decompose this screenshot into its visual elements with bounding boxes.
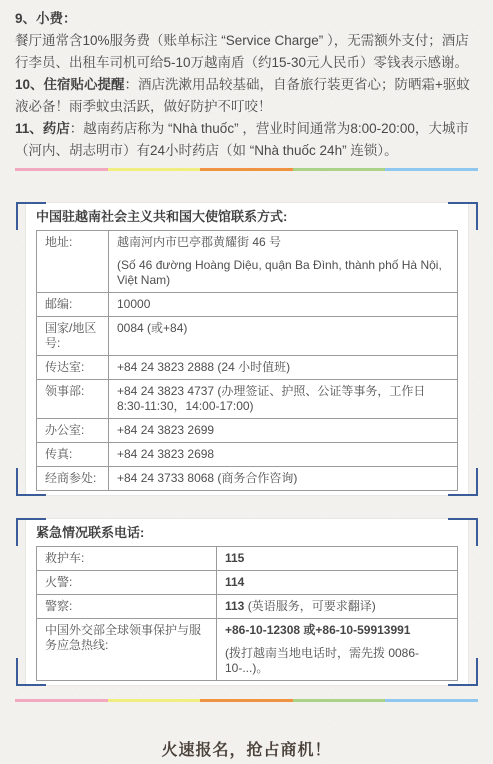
cell-value: 113 (英语服务，可要求翻译) xyxy=(217,595,458,619)
cell-label: 传达室: xyxy=(37,356,109,380)
divider-segment-yellow xyxy=(108,168,201,171)
cell-label: 地址: xyxy=(37,231,109,293)
table-row-country-code: 国家/地区号: 0084 (或+84) xyxy=(37,317,458,356)
corner-bracket-bottom-left xyxy=(16,658,46,686)
tip-11: 11、药店：越南药店称为 “Nhà thuốc” ，营业时间通常为8:00-20… xyxy=(15,118,478,162)
cell-label: 救护车: xyxy=(37,547,217,571)
divider-segment-blue xyxy=(385,699,478,702)
cell-value: +84 24 3823 2888 (24 小时值班) xyxy=(109,356,458,380)
rainbow-divider-top xyxy=(15,168,478,171)
tip-10: 10、住宿贴心提醒：酒店洗漱用品较基础，自备旅行装更省心；防晒霜+驱蚊液必备！雨… xyxy=(15,74,478,118)
table-row-consular: 领事部: +84 24 3823 4737 (办理签证、护照、公证等事务，工作日… xyxy=(37,380,458,419)
police-note: (英语服务，可要求翻译) xyxy=(244,599,375,613)
cell-value: +84 24 3823 2698 xyxy=(109,443,458,467)
table-row-postcode: 邮编: 10000 xyxy=(37,293,458,317)
emergency-contact-box: 紧急情况联系电话: 救护车: 115 火警: 114 警察: 113 (英语服务… xyxy=(16,518,478,686)
tip-9-title: 9、小费： xyxy=(15,11,77,26)
ambulance-number: 115 xyxy=(225,551,244,565)
address-chinese: 越南河内市巴亭郡黄耀街 46 号 xyxy=(117,235,449,250)
divider-segment-pink xyxy=(15,699,108,702)
cell-label: 警察: xyxy=(37,595,217,619)
divider-segment-pink xyxy=(15,168,108,171)
tip-10-title: 10、住宿贴心提醒 xyxy=(15,77,125,92)
police-number: 113 xyxy=(225,599,244,613)
tip-11-title: 11、药店 xyxy=(15,121,70,136)
cell-label: 邮编: xyxy=(37,293,109,317)
cell-label: 经商参处: xyxy=(37,467,109,491)
corner-bracket-top-left xyxy=(16,518,46,546)
signup-cta-text: 火速报名，抢占商机！ xyxy=(0,737,493,760)
tip-11-body: ：越南药店称为 “Nhà thuốc” ，营业时间通常为8:00-20:00，大… xyxy=(15,121,469,158)
divider-segment-blue xyxy=(385,168,478,171)
table-row-police: 警察: 113 (英语服务，可要求翻译) xyxy=(37,595,458,619)
table-row-office: 办公室: +84 24 3823 2699 xyxy=(37,419,458,443)
embassy-table: 地址: 越南河内市巴亭郡黄耀街 46 号 (Số 46 đường Hoàng … xyxy=(36,230,458,491)
table-row-commerce: 经商参处: +84 24 3733 8068 (商务合作咨询) xyxy=(37,467,458,491)
divider-segment-orange xyxy=(200,699,293,702)
tip-9-heading: 9、小费： xyxy=(15,8,478,30)
cell-label: 火警: xyxy=(37,571,217,595)
cell-value: 10000 xyxy=(109,293,458,317)
embassy-contact-box: 中国驻越南社会主义共和国大使馆联系方式: 地址: 越南河内市巴亭郡黄耀街 46 … xyxy=(16,202,478,496)
table-row-fax: 传真: +84 24 3823 2698 xyxy=(37,443,458,467)
cell-value: +86-10-12308 或+86-10-59913991 (拨打越南当地电话时… xyxy=(217,619,458,681)
table-row-address: 地址: 越南河内市巴亭郡黄耀街 46 号 (Số 46 đường Hoàng … xyxy=(37,231,458,293)
cell-label: 领事部: xyxy=(37,380,109,419)
divider-segment-orange xyxy=(200,168,293,171)
cell-value: 越南河内市巴亭郡黄耀街 46 号 (Số 46 đường Hoàng Diệu… xyxy=(109,231,458,293)
table-row-reception: 传达室: +84 24 3823 2888 (24 小时值班) xyxy=(37,356,458,380)
cell-label: 国家/地区号: xyxy=(37,317,109,356)
cell-value: 115 xyxy=(217,547,458,571)
tip-9-body: 餐厅通常含10%服务费（账单标注 “Service Charge” ），无需额外… xyxy=(15,30,478,74)
travel-tips-section: 9、小费： 餐厅通常含10%服务费（账单标注 “Service Charge” … xyxy=(15,8,478,162)
cell-value: 0084 (或+84) xyxy=(109,317,458,356)
cell-label: 传真: xyxy=(37,443,109,467)
fire-number: 114 xyxy=(225,575,244,589)
emergency-table: 救护车: 115 火警: 114 警察: 113 (英语服务，可要求翻译) 中国… xyxy=(36,546,458,681)
divider-segment-green xyxy=(293,168,386,171)
hotline-dialing-note: (拨打越南当地电话时，需先拨 0086-10-...)。 xyxy=(225,646,449,676)
table-row-ambulance: 救护车: 115 xyxy=(37,547,458,571)
table-row-fire: 火警: 114 xyxy=(37,571,458,595)
cell-label: 办公室: xyxy=(37,419,109,443)
cell-value: +84 24 3823 4737 (办理签证、护照、公证等事务，工作日 8:30… xyxy=(109,380,458,419)
cell-value: 114 xyxy=(217,571,458,595)
corner-bracket-top-right xyxy=(448,202,478,230)
table-row-mfa-hotline: 中国外交部全球领事保护与服务应急热线: +86-10-12308 或+86-10… xyxy=(37,619,458,681)
corner-bracket-top-right xyxy=(448,518,478,546)
divider-segment-yellow xyxy=(108,699,201,702)
hotline-numbers: +86-10-12308 或+86-10-59913991 xyxy=(225,623,449,638)
corner-bracket-bottom-left xyxy=(16,468,46,496)
cell-value: +84 24 3733 8068 (商务合作咨询) xyxy=(109,467,458,491)
address-vietnamese: (Số 46 đường Hoàng Diệu, quận Ba Đình, t… xyxy=(117,258,449,288)
corner-bracket-bottom-right xyxy=(448,468,478,496)
article-page: { "divider": { "colors": ["#f2a9c0", "#e… xyxy=(0,0,493,764)
cell-value: +84 24 3823 2699 xyxy=(109,419,458,443)
divider-segment-green xyxy=(293,699,386,702)
emergency-card: 紧急情况联系电话: 救护车: 115 火警: 114 警察: 113 (英语服务… xyxy=(25,518,469,686)
cell-label: 中国外交部全球领事保护与服务应急热线: xyxy=(37,619,217,681)
emergency-title: 紧急情况联系电话: xyxy=(36,525,458,541)
corner-bracket-top-left xyxy=(16,202,46,230)
embassy-card: 中国驻越南社会主义共和国大使馆联系方式: 地址: 越南河内市巴亭郡黄耀街 46 … xyxy=(25,202,469,496)
rainbow-divider-bottom xyxy=(15,699,478,702)
embassy-title: 中国驻越南社会主义共和国大使馆联系方式: xyxy=(36,209,458,225)
corner-bracket-bottom-right xyxy=(448,658,478,686)
